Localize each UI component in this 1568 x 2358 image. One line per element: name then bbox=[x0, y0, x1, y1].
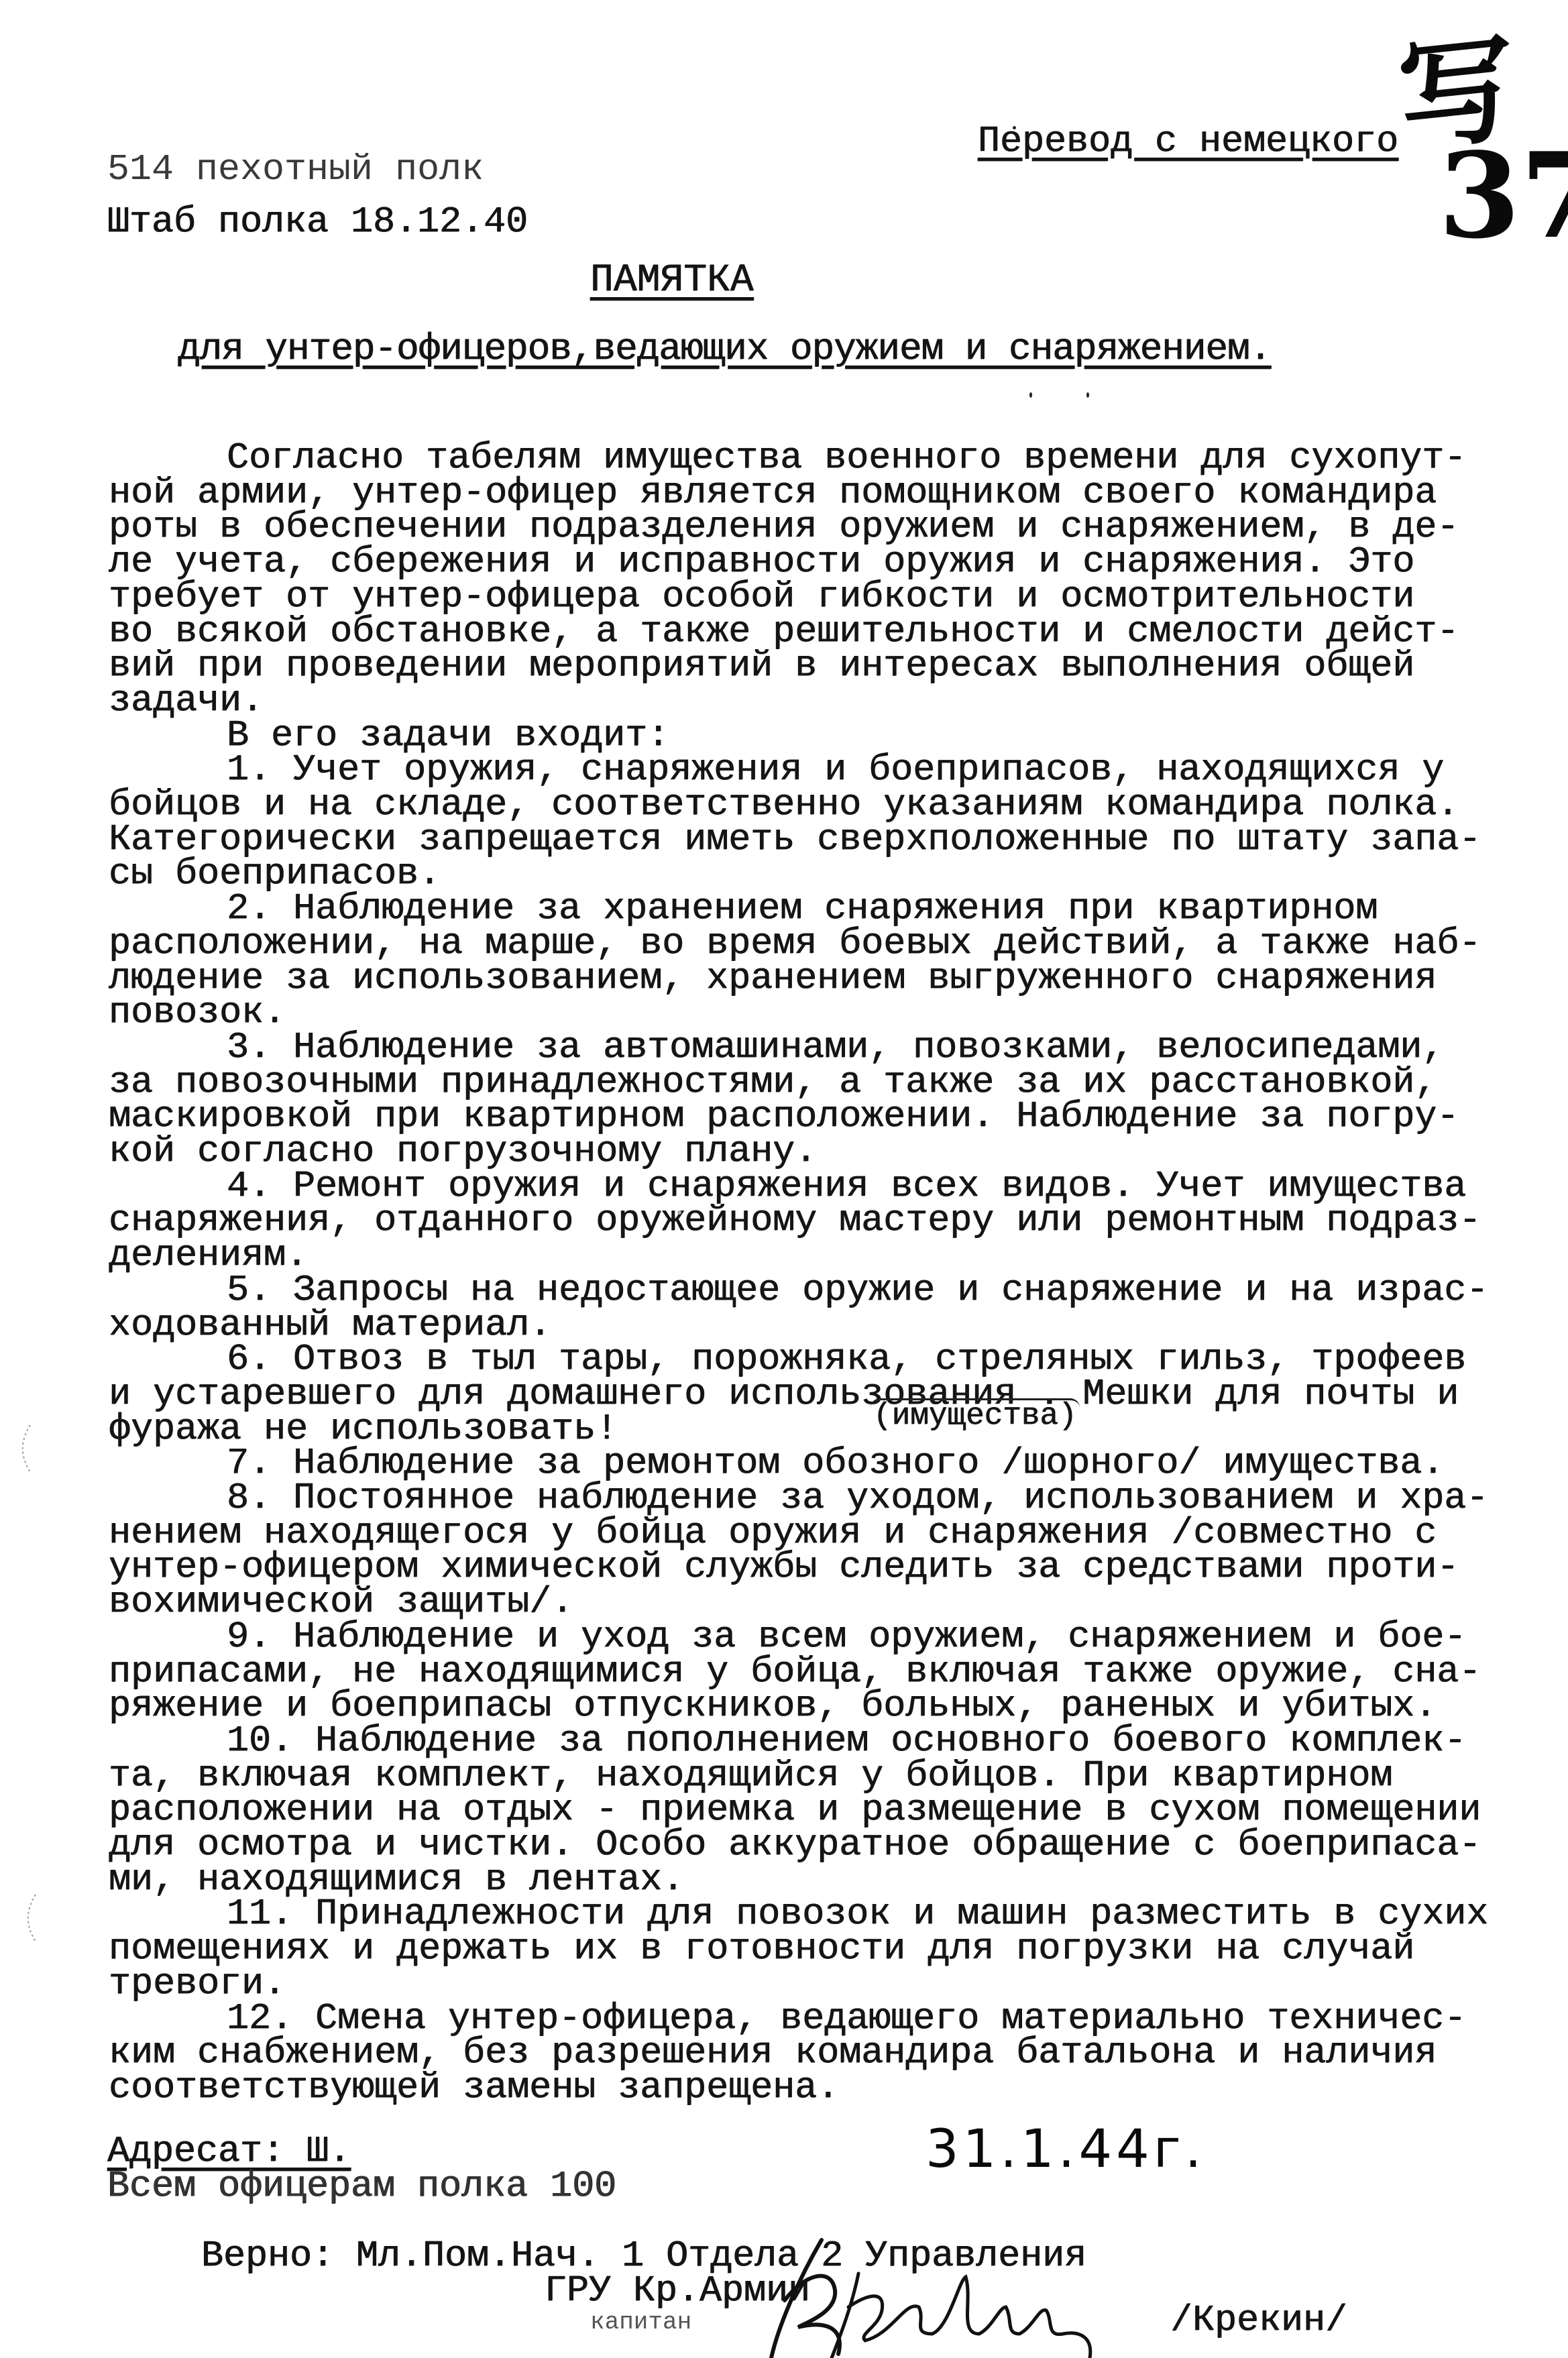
intro-paragraph-line: вий при проведении мероприятий в интерес… bbox=[109, 647, 1414, 684]
archive-page-number: 37 bbox=[1439, 127, 1568, 265]
list-item-first-line: 10. Наблюдение за пополнением основного … bbox=[227, 1722, 1466, 1759]
list-item-first-line: 6. Отвоз в тыл тары, порожняка, стреляны… bbox=[227, 1341, 1466, 1378]
intro-paragraph-line: задачи. bbox=[109, 682, 264, 719]
margin-mark-icon bbox=[13, 1422, 40, 1475]
list-item-line: ким снабжением, без разрешения командира… bbox=[109, 2034, 1437, 2071]
list-item-first-line: 8. Постоянное наблюдение за уходом, испо… bbox=[227, 1479, 1488, 1516]
scan-speck bbox=[677, 1211, 681, 1215]
handwritten-insertion: (имущества) bbox=[871, 1398, 1080, 1431]
list-item-line: бойцов и на складе, соответственно указа… bbox=[109, 786, 1459, 823]
unit-line: 514 пехотный полк bbox=[107, 151, 484, 188]
list-item-line: расположении, на марше, во время боевых … bbox=[109, 925, 1481, 962]
signature-name: /Крекин/ bbox=[1170, 2302, 1347, 2339]
intro-paragraph-line: Согласно табелям имущества военного врем… bbox=[227, 439, 1466, 476]
list-item-line: и устаревшего для домашнего использовани… bbox=[109, 1375, 1459, 1412]
list-item-first-line: 3. Наблюдение за автомашинами, повозками… bbox=[227, 1029, 1444, 1066]
list-item-line: людение за использованием, хранением выг… bbox=[109, 960, 1437, 997]
list-item-line: делениям. bbox=[109, 1237, 308, 1274]
list-item-line: для осмотра и чистки. Особо аккуратное о… bbox=[109, 1826, 1481, 1863]
officer-rank: капитан bbox=[590, 2310, 691, 2335]
scan-speck bbox=[1013, 126, 1016, 129]
scan-speck bbox=[1029, 392, 1032, 398]
scan-speck bbox=[1086, 392, 1089, 398]
signature bbox=[758, 2227, 1107, 2358]
list-item-line: кой согласно погрузочному плану. bbox=[109, 1133, 817, 1170]
handwritten-date: 31.1.44г. bbox=[926, 2119, 1206, 2180]
translation-note: Перевод с немецкого bbox=[978, 123, 1398, 160]
margin-mark-icon bbox=[19, 1891, 46, 1945]
list-item-line: тревоги. bbox=[109, 1965, 286, 2002]
page-subtitle: для унтер-офицеров,ведающих оружием и сн… bbox=[178, 330, 1271, 368]
list-item-line: повозок. bbox=[109, 994, 286, 1031]
list-item-line: снаряжения, отданного оружейному мастеру… bbox=[109, 1202, 1481, 1239]
intro-paragraph-line: требует от унтер-офицера особой гибкости… bbox=[109, 578, 1414, 615]
document-page: 514 пехотный полк Штаб полка 18.12.40 Пе… bbox=[0, 0, 1568, 2358]
intro-paragraph-line: ле учета, сбережения и исправности оружи… bbox=[109, 543, 1414, 580]
page-title: ПАМЯТКА bbox=[590, 262, 754, 300]
list-item-line: соответствующей замены запрещена. bbox=[109, 2069, 839, 2106]
list-item-line: помещениях и держать их в готовности для… bbox=[109, 1930, 1414, 1967]
staff-line: Штаб полка 18.12.40 bbox=[107, 203, 528, 240]
list-item-line: ряжение и боеприпасы отпускников, больны… bbox=[109, 1687, 1437, 1724]
addressee-value: Всем офицерам полка 100 bbox=[107, 2168, 616, 2204]
list-item-first-line: 5. Запросы на недостающее оружие и снаря… bbox=[227, 1272, 1488, 1308]
list-item-first-line: 9. Наблюдение и уход за всем оружием, сн… bbox=[227, 1618, 1466, 1655]
list-item-line: вохимической защиты/. bbox=[109, 1583, 573, 1620]
addressee-label: Адресат: Ш. bbox=[107, 2133, 351, 2170]
list-item-first-line: 2. Наблюдение за хранением снаряжения пр… bbox=[227, 890, 1378, 927]
